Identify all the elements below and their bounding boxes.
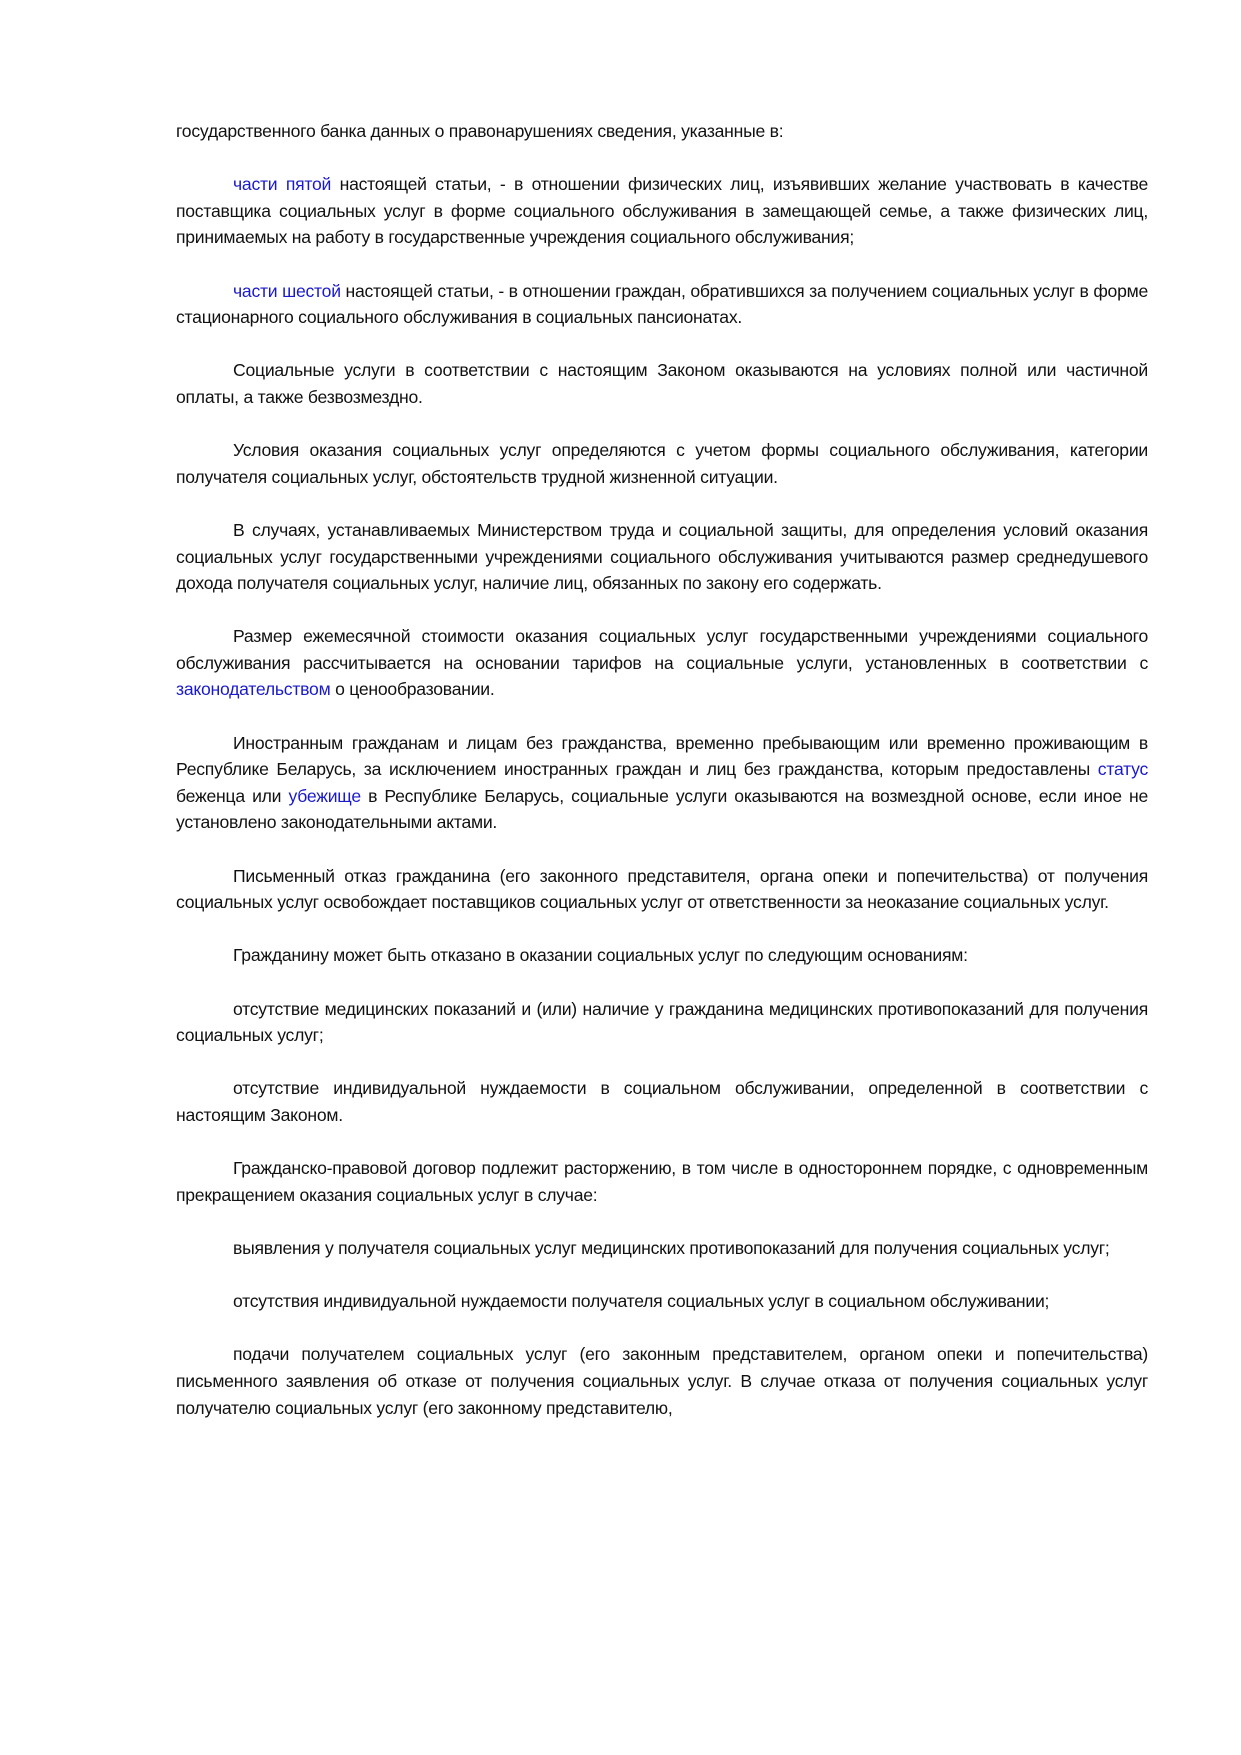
paragraph: Гражданско-правовой договор подлежит рас… (176, 1155, 1148, 1208)
paragraph-text: беженца или (176, 786, 288, 806)
paragraph: государственного банка данных о правонар… (176, 118, 1148, 145)
hyperlink[interactable]: части шестой (233, 281, 341, 301)
hyperlink[interactable]: статус (1098, 759, 1148, 779)
paragraph: отсутствие индивидуальной нуждаемости в … (176, 1075, 1148, 1128)
paragraph: части шестой настоящей статьи, - в отнош… (176, 278, 1148, 331)
paragraph: Письменный отказ гражданина (его законно… (176, 863, 1148, 916)
paragraph-text: о ценообразовании. (330, 679, 494, 699)
paragraph: отсутствия индивидуальной нуждаемости по… (176, 1288, 1148, 1315)
hyperlink[interactable]: убежище (288, 786, 360, 806)
paragraph-text: отсутствия индивидуальной нуждаемости по… (233, 1291, 1049, 1311)
paragraph: Условия оказания социальных услуг опреде… (176, 437, 1148, 490)
paragraph-text: Иностранным гражданам и лицам без гражда… (176, 733, 1148, 780)
paragraph-text: отсутствие индивидуальной нуждаемости в … (176, 1078, 1148, 1125)
paragraph-text: государственного банка данных о правонар… (176, 121, 783, 141)
hyperlink[interactable]: части пятой (233, 174, 331, 194)
paragraph-text: Гражданину может быть отказано в оказани… (233, 945, 968, 965)
paragraph-text: Письменный отказ гражданина (его законно… (176, 866, 1148, 913)
paragraph: Социальные услуги в соответствии с насто… (176, 357, 1148, 410)
paragraph-text: выявления у получателя социальных услуг … (233, 1238, 1110, 1258)
hyperlink[interactable]: законодательством (176, 679, 330, 699)
paragraph-text: Размер ежемесячной стоимости оказания со… (176, 626, 1148, 673)
paragraph: выявления у получателя социальных услуг … (176, 1235, 1148, 1262)
paragraph: В случаях, устанавливаемых Министерством… (176, 517, 1148, 597)
paragraph-text: подачи получателем социальных услуг (его… (176, 1344, 1148, 1417)
document-page: государственного банка данных о правонар… (176, 118, 1148, 1448)
paragraph-text: Социальные услуги в соответствии с насто… (176, 360, 1148, 407)
paragraph-text: Гражданско-правовой договор подлежит рас… (176, 1158, 1148, 1205)
paragraph: части пятой настоящей статьи, - в отноше… (176, 171, 1148, 251)
paragraph: Размер ежемесячной стоимости оказания со… (176, 623, 1148, 703)
paragraph-text: Условия оказания социальных услуг опреде… (176, 440, 1148, 487)
paragraph-text: отсутствие медицинских показаний и (или)… (176, 999, 1148, 1046)
paragraph-text: В случаях, устанавливаемых Министерством… (176, 520, 1148, 593)
paragraph: Гражданину может быть отказано в оказани… (176, 942, 1148, 969)
paragraph: Иностранным гражданам и лицам без гражда… (176, 730, 1148, 836)
paragraph: отсутствие медицинских показаний и (или)… (176, 996, 1148, 1049)
paragraph: подачи получателем социальных услуг (его… (176, 1341, 1148, 1421)
